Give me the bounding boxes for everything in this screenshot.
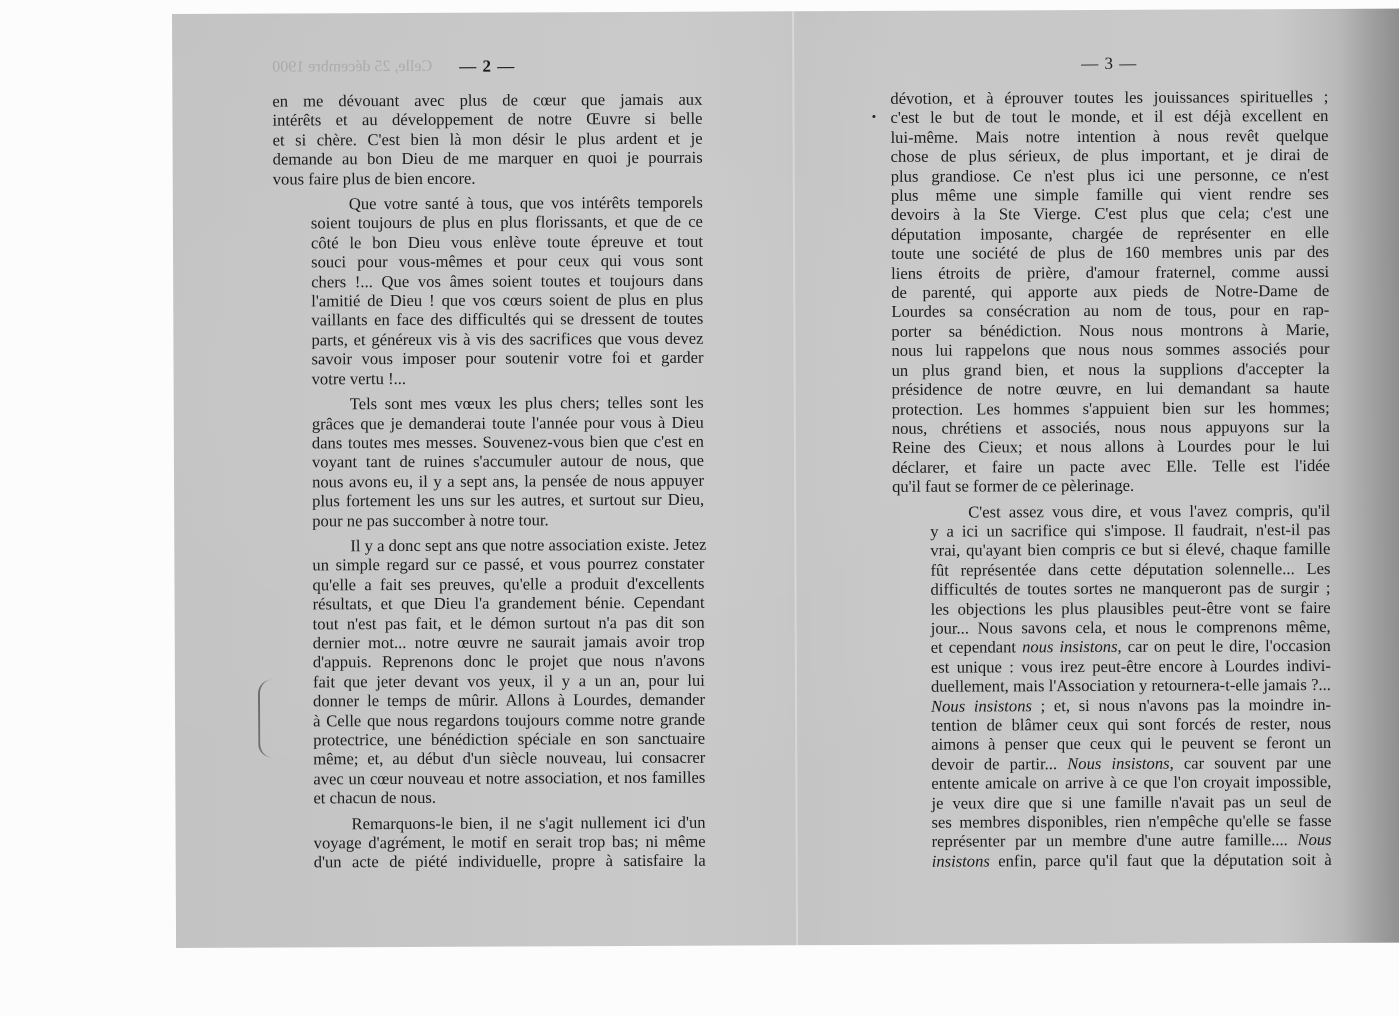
text-line: insistons enfin, parce qu'il faut que la… <box>894 850 1332 871</box>
text-line: intérêts et au développement de notre Œu… <box>272 109 702 130</box>
text-line: en me dévouant avec plus de cœur que jam… <box>272 90 702 111</box>
margin-bracket-mark <box>258 680 274 758</box>
text-line: vous faire plus de bien encore. <box>273 167 703 188</box>
text-line: savoir vous imposer pour soutenir votre … <box>273 348 703 369</box>
text-line: Lourdes sa consécration au nom de tous, … <box>891 300 1329 321</box>
text-line: chose de plus sérieux, de plus important… <box>891 145 1329 166</box>
text-line: Tels sont mes vœux les plus chers; telle… <box>274 393 704 414</box>
text-line: présidence de notre œuvre, en lui demand… <box>892 378 1330 399</box>
text-line: d'un acte de piété individuelle, propre … <box>276 851 706 872</box>
text-line: Il y a donc sept ans que notre associati… <box>274 535 704 556</box>
text-line: côté le bon Dieu vous enlève toute épreu… <box>273 232 703 253</box>
ink-dot-mark <box>872 115 875 118</box>
text-line: et cependant nous insistons, car on peut… <box>893 636 1331 657</box>
text-line: vaillants en face des difficultés qui se… <box>273 309 703 330</box>
text-line: souci pour vous-mêmes et pour ceux qui v… <box>273 251 703 272</box>
text-line: parts, et généreux vis à vis des sacrifi… <box>273 329 703 350</box>
text-line: pour ne pas succomber à notre tour. <box>274 509 704 530</box>
text-line: dernier mot... notre œuvre ne saurait ja… <box>275 632 705 653</box>
text-line: liens étroits de prière, d'amour fratern… <box>891 262 1329 283</box>
text-line: fait que jeter devant vos yeux, il y a u… <box>275 670 705 691</box>
text-line: porter sa bénédiction. Nous nous montron… <box>891 320 1329 341</box>
text-line: députation imposante, chargée de représe… <box>891 223 1329 244</box>
text-line: donner le temps de mûrir. Allons à Lourd… <box>275 690 705 711</box>
text-line: difficultés de toutes sortes ne manquero… <box>892 578 1330 599</box>
page-number: — 3 — <box>890 53 1328 75</box>
text-line: je veux dire que si une famille n'avait … <box>893 792 1331 813</box>
paragraph: dévotion, et à éprouver toutes les jouis… <box>890 87 1330 496</box>
text-line: dans toutes mes messes. Souvenez-vous bi… <box>274 432 704 453</box>
text-line: Reine des Cieux; et nous allons à Lourde… <box>892 436 1330 457</box>
paragraph: C'est assez vous dire, et vous l'avez co… <box>892 500 1332 871</box>
text-line: tention de blâmer ceux qui sont forcés d… <box>893 714 1331 735</box>
text-line: avec un cœur nouveau et notre associatio… <box>275 767 705 788</box>
text-line: Remarquons-le bien, il ne s'agit nulleme… <box>275 812 705 833</box>
text-line: Nous insistons ; et, si nous n'avons pas… <box>893 695 1331 716</box>
text-line: chers !... Que vos âmes soient toutes et… <box>273 270 703 291</box>
text-line: plus fortement les uns sur les autres, e… <box>274 490 704 511</box>
text-line: un plus grand bien, et nous la supplions… <box>892 359 1330 380</box>
text-line: et si chère. C'est bien là mon désir le … <box>273 128 703 149</box>
text-line: les objections les plus plausibles peut-… <box>893 598 1331 619</box>
text-line: voyant tant de ruines s'accumuler autour… <box>274 451 704 472</box>
text-line: votre vertu !... <box>274 367 704 388</box>
text-line: un simple regard sur ce passé, et vous p… <box>274 554 704 575</box>
text-line: qu'il faut se former de ce pèlerinage. <box>892 475 1330 496</box>
text-line: y a ici un sacrifice qui s'impose. Il fa… <box>892 520 1330 541</box>
paragraph: en me dévouant avec plus de cœur que jam… <box>272 90 702 189</box>
text-line: plus grandiose. Ce n'est plus ici une pe… <box>891 165 1329 186</box>
text-line: protection. Les hommes s'appuient bien s… <box>892 397 1330 418</box>
text-line: entente amicale on arrive à ce que l'on … <box>893 772 1331 793</box>
text-line: d'appuis. Reprenons donc le projet que n… <box>275 651 705 672</box>
text-line: lui-même. Mais notre intention à nous re… <box>891 126 1329 147</box>
text-line: même; et, au début d'un siècle nouveau, … <box>275 748 705 769</box>
text-line: représenter par un membre d'une autre fa… <box>894 830 1332 851</box>
text-line: à Celle que nous regardons toujours comm… <box>275 709 705 730</box>
text-line: de parenté, qui apporte aux pieds de Not… <box>891 281 1329 302</box>
text-line: toute une société de plus de 160 membres… <box>891 242 1329 263</box>
text-line: fût représentée dans cette députation so… <box>892 559 1330 580</box>
text-line: nous avons eu, il y a sept ans, la pensé… <box>274 470 704 491</box>
text-line: résultats, et que Dieu l'a grandement bé… <box>275 593 705 614</box>
text-line: duellement, mais l'Association y retourn… <box>893 675 1331 696</box>
left-page-body: en me dévouant avec plus de cœur que jam… <box>272 90 705 873</box>
text-line: grâces que je demanderai toute l'année p… <box>274 412 704 433</box>
text-line: Que votre santé à tous, que vos intérêts… <box>273 193 703 214</box>
left-page: Celle, 25 décembre 1900 — 2 — en me dévo… <box>272 12 706 879</box>
text-line: qu'elle a fait ses preuves, qu'elle a pr… <box>274 573 704 594</box>
text-line: l'amitié de Dieu ! que vos cœurs soient … <box>273 290 703 311</box>
page-edge-shadow <box>1339 9 1399 943</box>
text-line: est unique : vous irez peut-être encore … <box>893 656 1331 677</box>
text-line: vrai, qu'ayant bien compris ce but si él… <box>892 539 1330 560</box>
text-line: nous, chrétiens et associés, nous nous a… <box>892 417 1330 438</box>
text-line: voyage d'agrément, le motif en serait tr… <box>276 832 706 853</box>
show-through-text: Celle, 25 décembre 1900 <box>272 57 432 77</box>
paragraph: Que votre santé à tous, que vos intérêts… <box>273 193 704 389</box>
text-line: protectrice, une bénédiction spéciale en… <box>275 729 705 750</box>
right-page-body: dévotion, et à éprouver toutes les jouis… <box>890 87 1331 871</box>
text-line: déclarer, et faire un pacte avec Elle. T… <box>892 456 1330 477</box>
paragraph: Il y a donc sept ans que notre associati… <box>274 535 705 809</box>
text-line: dévotion, et à éprouver toutes les jouis… <box>890 87 1328 108</box>
text-line: plus même une simple famille qui vient r… <box>891 184 1329 205</box>
text-line: c'est le but de tout le monde, et il est… <box>890 106 1328 127</box>
text-line: jour... Nous savons cela, et nous le com… <box>893 617 1331 638</box>
text-line: devoir de partir... Nous insistons, car … <box>893 753 1331 774</box>
text-line: demande au bon Dieu de me marquer en quo… <box>273 148 703 169</box>
text-line: nous lui rappelons que nous nous sommes … <box>891 339 1329 360</box>
page-fold <box>792 11 798 945</box>
right-page: — 3 — dévotion, et à éprouver toutes les… <box>890 9 1332 877</box>
paragraph: Remarquons-le bien, il ne s'agit nulleme… <box>275 812 705 872</box>
text-line: soient toujours de plus en plus florissa… <box>273 212 703 233</box>
text-line: devoirs à la Ste Vierge. C'est plus que … <box>891 203 1329 224</box>
document-spread: Celle, 25 décembre 1900 — 2 — en me dévo… <box>172 9 1399 948</box>
text-line: C'est assez vous dire, et vous l'avez co… <box>892 500 1330 521</box>
text-line: tout n'est pas fait, et le démon surtout… <box>275 612 705 633</box>
paragraph: Tels sont mes vœux les plus chers; telle… <box>274 393 705 531</box>
text-line: aimons à penser que ceux qui le peuvent … <box>893 733 1331 754</box>
text-line: ses membres disponibles, rien n'empêche … <box>893 811 1331 832</box>
text-line: et chacun de nous. <box>275 787 705 808</box>
